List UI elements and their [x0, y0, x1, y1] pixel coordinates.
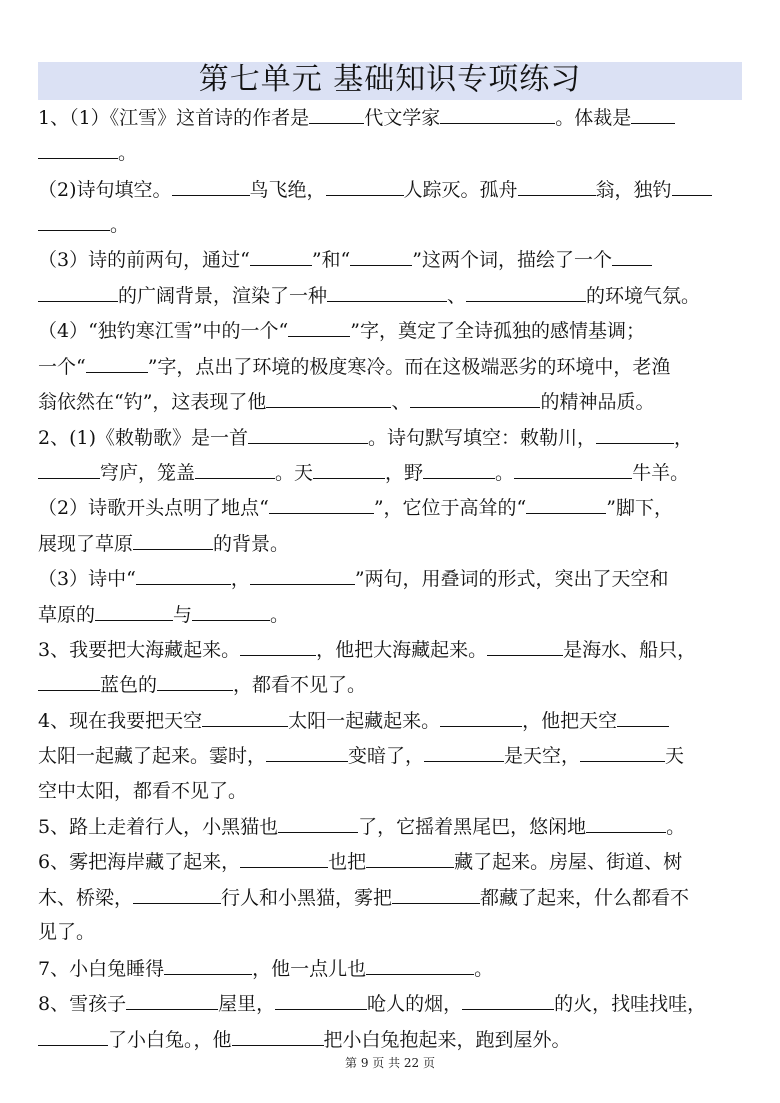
line-text: 。诗句默写填空：敕勒川， — [368, 427, 596, 449]
worksheet-line: 8、雪孩子屋里，呛人的烟，的火，找哇找哇， — [38, 991, 706, 1016]
fill-in-blank[interactable] — [514, 460, 632, 479]
line-text: ”脚下， — [606, 497, 673, 519]
line-text: ，他一点儿也 — [252, 958, 366, 980]
worksheet-line: 3、我要把大海藏起来。，他把大海藏起来。是海水、船只， — [38, 637, 696, 662]
worksheet-line: 见了。 — [38, 920, 95, 944]
line-text: （3）诗的前两句，通过“ — [38, 249, 250, 271]
line-text: ， — [674, 427, 693, 449]
line-text: 太阳一起藏了起来。霎时， — [38, 745, 266, 767]
fill-in-blank[interactable] — [518, 177, 596, 196]
line-text: 3、我要把大海藏起来。 — [38, 639, 240, 661]
worksheet-line: 一个“”字，点出了环境的极度寒冷。而在这极端恶劣的环境中，老渔 — [38, 354, 670, 379]
fill-in-blank[interactable] — [266, 389, 391, 408]
line-text: 都藏了起来，什么都看不 — [480, 887, 689, 909]
line-text: 。 — [118, 142, 137, 164]
line-text: 的精神品质。 — [540, 391, 654, 413]
fill-in-blank[interactable] — [288, 318, 350, 337]
fill-in-blank[interactable] — [86, 354, 148, 373]
line-text: 见了。 — [38, 921, 95, 943]
line-text: 、 — [391, 391, 410, 413]
line-text: ， — [231, 568, 250, 590]
fill-in-blank[interactable] — [462, 991, 554, 1010]
line-text: 4、现在我要把天空 — [38, 710, 202, 732]
worksheet-line: 5、路上走着行人，小黑猫也了，它摇着黑尾巴，悠闲地。 — [38, 814, 685, 839]
worksheet-line: 7、小白兔睡得，他一点儿也。 — [38, 956, 493, 981]
line-text: 7、小白兔睡得 — [38, 958, 164, 980]
fill-in-blank[interactable] — [326, 177, 404, 196]
line-text: 的背景。 — [213, 533, 289, 555]
fill-in-blank[interactable] — [95, 602, 173, 621]
fill-in-blank[interactable] — [202, 708, 288, 727]
fill-in-blank[interactable] — [38, 212, 110, 231]
line-text: 太阳一起藏起来。 — [288, 710, 440, 732]
worksheet-line: 穹庐，笼盖。天，野。牛羊。 — [38, 460, 689, 485]
fill-in-blank[interactable] — [596, 425, 674, 444]
fill-in-blank[interactable] — [157, 672, 233, 691]
fill-in-blank[interactable] — [526, 495, 606, 514]
worksheet-line: 。 — [38, 212, 129, 237]
fill-in-blank[interactable] — [586, 814, 666, 833]
line-text: 变暗了， — [348, 745, 424, 767]
line-text: 一个“ — [38, 356, 86, 378]
fill-in-blank[interactable] — [250, 566, 355, 585]
fill-in-blank[interactable] — [313, 460, 385, 479]
worksheet-line: 。 — [38, 140, 137, 165]
line-text: 的环境气氛。 — [586, 285, 700, 307]
line-text: 是天空， — [504, 745, 580, 767]
worksheet-line: 空中太阳，都看不见了。 — [38, 779, 247, 803]
line-text: ”和“ — [312, 249, 350, 271]
line-text: 1、（1）《江雪》这首诗的作者是 — [38, 107, 309, 129]
line-text: ”字，点出了环境的极度寒冷。而在这极端恶劣的环境中，老渔 — [148, 356, 671, 378]
fill-in-blank[interactable] — [133, 531, 213, 550]
fill-in-blank[interactable] — [133, 885, 221, 904]
line-text: ，都看不见了。 — [233, 674, 366, 696]
line-text: 与 — [173, 604, 192, 626]
worksheet-line: 1、（1）《江雪》这首诗的作者是代文学家。体裁是 — [38, 105, 675, 130]
line-text: 翁依然在“钓”，这表现了他 — [38, 391, 266, 413]
line-text: 天 — [665, 745, 684, 767]
line-text: 8、雪孩子 — [38, 993, 126, 1015]
worksheet-line: （4）“独钓寒江雪”中的一个“”字，奠定了全诗孤独的感情基调； — [38, 318, 645, 343]
fill-in-blank[interactable] — [269, 495, 374, 514]
line-text: ，野 — [385, 462, 423, 484]
line-text: 把小白兔抱起来，跑到屋外。 — [324, 1029, 571, 1051]
line-text: 5、路上走着行人，小黑猫也 — [38, 816, 278, 838]
fill-in-blank[interactable] — [350, 247, 412, 266]
line-text: 。 — [110, 214, 129, 236]
line-text: ”字，奠定了全诗孤独的感情基调； — [350, 320, 645, 342]
fill-in-blank[interactable] — [192, 602, 270, 621]
fill-in-blank[interactable] — [672, 177, 712, 196]
fill-in-blank[interactable] — [410, 389, 540, 408]
line-text: 鸟飞绝， — [250, 179, 326, 201]
fill-in-blank[interactable] — [38, 140, 118, 159]
line-text: ，他把天空 — [522, 710, 617, 732]
line-text: 了，它摇着黑尾巴，悠闲地 — [358, 816, 586, 838]
worksheet-line: 2、(1)《敕勒歌》是一首。诗句默写填空：敕勒川，， — [38, 425, 693, 450]
worksheet-line: 木、桥梁，行人和小黑猫，雾把都藏了起来，什么都看不 — [38, 885, 689, 910]
worksheet-line: 4、现在我要把天空太阳一起藏起来。，他把天空 — [38, 708, 669, 733]
line-text: 展现了草原 — [38, 533, 133, 555]
line-text: 2、(1)《敕勒歌》是一首 — [38, 427, 248, 449]
fill-in-blank[interactable] — [487, 637, 563, 656]
line-text: （4）“独钓寒江雪”中的一个“ — [38, 320, 288, 342]
line-text: 空中太阳，都看不见了。 — [38, 780, 247, 802]
fill-in-blank[interactable] — [275, 991, 367, 1010]
line-text: 人踪灭。孤舟 — [404, 179, 518, 201]
line-text: 。 — [666, 816, 685, 838]
line-text: 行人和小黑猫，雾把 — [221, 887, 392, 909]
line-text: 牛羊。 — [632, 462, 689, 484]
worksheet-line: 太阳一起藏了起来。霎时，变暗了，是天空，天 — [38, 743, 684, 768]
fill-in-blank[interactable] — [38, 1027, 108, 1046]
line-text: 也把 — [328, 851, 366, 873]
worksheet-line: 草原的与。 — [38, 602, 289, 627]
fill-in-blank[interactable] — [466, 283, 586, 302]
fill-in-blank[interactable] — [164, 956, 252, 975]
fill-in-blank[interactable] — [631, 105, 675, 124]
line-text: ”，它位于高耸的“ — [374, 497, 526, 519]
worksheet-line: （3）诗的前两句，通过“”和“”这两个词，描绘了一个 — [38, 247, 652, 272]
page-title: 第七单元 基础知识专项练习 — [0, 60, 780, 100]
line-text: 了小白兔。，他 — [108, 1029, 232, 1051]
worksheet-line: 了小白兔。，他把小白兔抱起来，跑到屋外。 — [38, 1027, 571, 1052]
fill-in-blank[interactable] — [423, 460, 495, 479]
line-text: 呛人的烟， — [367, 993, 462, 1015]
fill-in-blank[interactable] — [136, 566, 231, 585]
line-text: 6、雾把海岸藏了起来， — [38, 851, 240, 873]
line-text: 蓝色的 — [100, 674, 157, 696]
line-text: 。天 — [275, 462, 313, 484]
line-text: 。 — [270, 604, 289, 626]
fill-in-blank[interactable] — [38, 672, 100, 691]
fill-in-blank[interactable] — [240, 849, 328, 868]
line-text: 是海水、船只， — [563, 639, 696, 661]
fill-in-blank[interactable] — [327, 283, 447, 302]
fill-in-blank[interactable] — [266, 743, 348, 762]
fill-in-blank[interactable] — [366, 849, 454, 868]
line-text: （2）诗歌开头点明了地点“ — [38, 497, 269, 519]
worksheet-line: （3）诗中“，”两句，用叠词的形式，突出了天空和 — [38, 566, 669, 591]
line-text: 的火，找哇找哇， — [554, 993, 706, 1015]
fill-in-blank[interactable] — [580, 743, 665, 762]
line-text: （3）诗中“ — [38, 568, 136, 590]
fill-in-blank[interactable] — [612, 247, 652, 266]
fill-in-blank[interactable] — [440, 105, 555, 124]
line-text: ”这两个词，描绘了一个 — [412, 249, 612, 271]
line-text: 。 — [495, 462, 514, 484]
worksheet-line: 的广阔背景，渲染了一种、的环境气氛。 — [38, 283, 700, 308]
line-text: ”两句，用叠词的形式，突出了天空和 — [355, 568, 669, 590]
fill-in-blank[interactable] — [440, 708, 522, 727]
fill-in-blank[interactable] — [309, 105, 364, 124]
worksheet-line: 蓝色的，都看不见了。 — [38, 672, 366, 697]
line-text: 穹庐，笼盖 — [100, 462, 195, 484]
line-text: 木、桥梁， — [38, 887, 133, 909]
line-text: ，他把大海藏起来。 — [316, 639, 487, 661]
fill-in-blank[interactable] — [240, 637, 316, 656]
worksheet-line: 6、雾把海岸藏了起来，也把藏了起来。房屋、街道、树 — [38, 849, 682, 874]
worksheet-line: （2)诗句填空。鸟飞绝，人踪灭。孤舟翁，独钓 — [38, 177, 712, 202]
fill-in-blank[interactable] — [424, 743, 504, 762]
fill-in-blank[interactable] — [38, 283, 118, 302]
line-text: 。 — [474, 958, 493, 980]
line-text: 翁，独钓 — [596, 179, 672, 201]
fill-in-blank[interactable] — [366, 956, 474, 975]
worksheet-line: 展现了草原的背景。 — [38, 531, 289, 556]
fill-in-blank[interactable] — [250, 247, 312, 266]
line-text: 草原的 — [38, 604, 95, 626]
fill-in-blank[interactable] — [617, 708, 669, 727]
fill-in-blank[interactable] — [195, 460, 275, 479]
line-text: 的广阔背景，渲染了一种 — [118, 285, 327, 307]
worksheet-line: （2）诗歌开头点明了地点“”，它位于高耸的“”脚下， — [38, 495, 673, 520]
line-text: 。体裁是 — [555, 107, 631, 129]
fill-in-blank[interactable] — [248, 425, 368, 444]
worksheet-line: 翁依然在“钓”，这表现了他、的精神品质。 — [38, 389, 654, 414]
fill-in-blank[interactable] — [278, 814, 358, 833]
fill-in-blank[interactable] — [232, 1027, 324, 1046]
page-number: 第 9 页 共 22 页 — [0, 1054, 780, 1071]
fill-in-blank[interactable] — [392, 885, 480, 904]
line-text: 、 — [447, 285, 466, 307]
line-text: 代文学家 — [364, 107, 440, 129]
fill-in-blank[interactable] — [38, 460, 100, 479]
fill-in-blank[interactable] — [172, 177, 250, 196]
line-text: 屋里， — [218, 993, 275, 1015]
line-text: （2)诗句填空。 — [38, 179, 172, 201]
fill-in-blank[interactable] — [126, 991, 218, 1010]
line-text: 藏了起来。房屋、街道、树 — [454, 851, 682, 873]
